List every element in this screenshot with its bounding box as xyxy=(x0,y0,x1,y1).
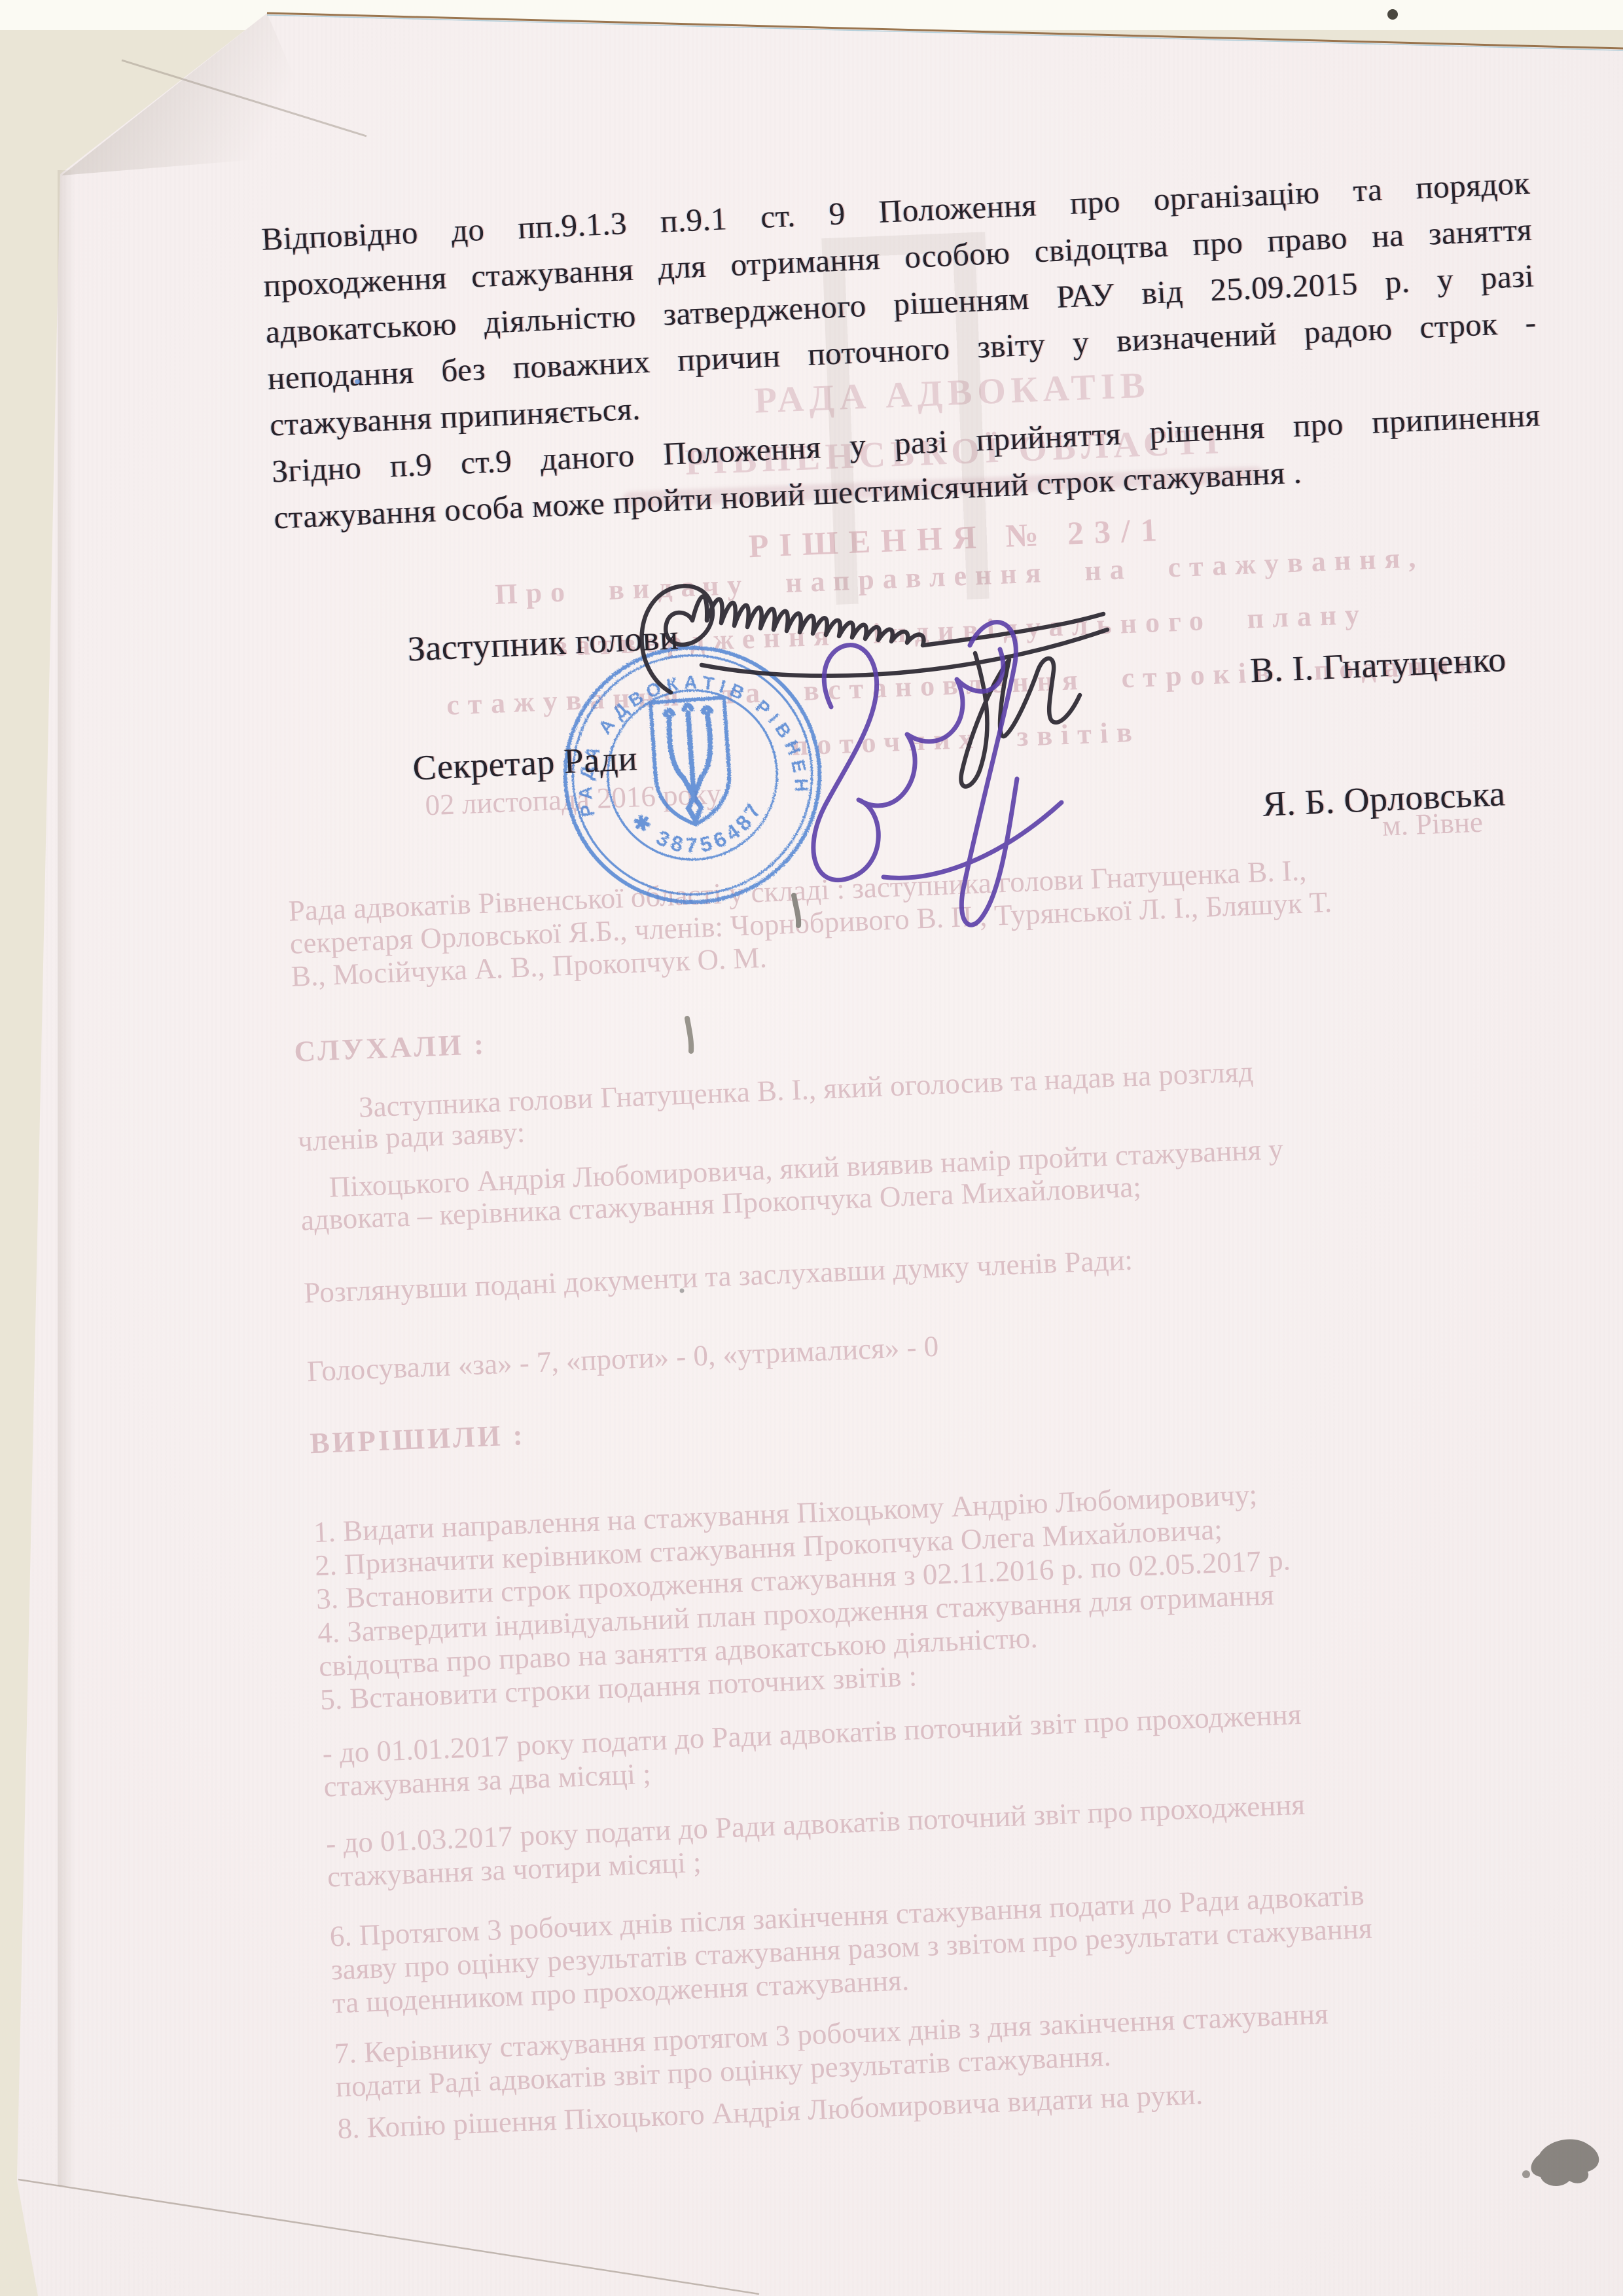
paper-left-edge-shadow xyxy=(58,170,75,2186)
scanned-document-page: РАДА АДВОКАТІВ РІВНЕНСЬКОЇ ОБЛАСТІ РІШЕН… xyxy=(0,0,1623,2296)
ghost-line: - до 01.03.2017 року подати до Ради адво… xyxy=(325,1787,1306,1861)
ghost-line: ВИРІШИЛИ : xyxy=(310,1418,526,1460)
ghost-line: Голосували «за» - 7, «проти» - 0, «утрим… xyxy=(306,1329,939,1389)
secretary-signature-ink xyxy=(753,602,1119,1008)
ghost-line: Розглянувши подані документи та заслухав… xyxy=(303,1243,1133,1310)
secretary-label: Секретар Ради xyxy=(412,738,638,788)
secretary-name: Я. Б. Орловська xyxy=(1262,773,1506,824)
deputy-head-name: В. І. Гнатущенко xyxy=(1249,639,1507,691)
